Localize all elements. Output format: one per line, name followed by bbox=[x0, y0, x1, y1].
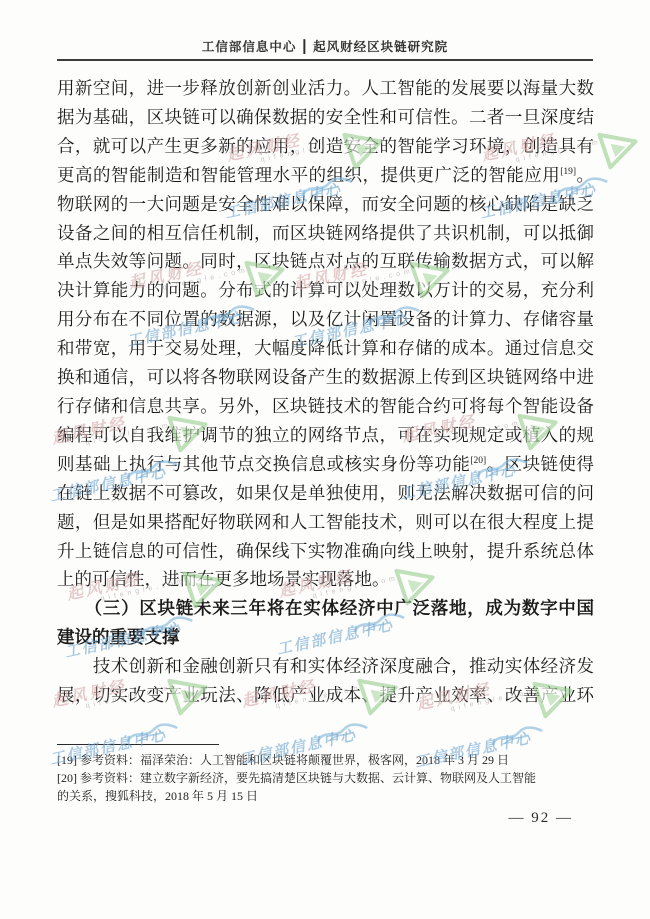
header-rule bbox=[57, 59, 593, 61]
document-page: 工信部信息中心 ┃ 起风财经区块链研究院 用新空间，进一步释放创新创业活力。人工… bbox=[0, 0, 650, 919]
footnote-ref: [20] bbox=[470, 456, 486, 466]
body-line: 行存储和信息共享。另外，区块链技术的智能合约可将每个智能设备 bbox=[57, 392, 594, 421]
body-line: 则基础上执行与其他节点交换信息或核实身份等功能[20]。区块链使得 bbox=[57, 450, 594, 479]
footnote-line: [20] 参考资料：建立数字新经济，要先搞清楚区块链与大数据、云计算、物联网及人… bbox=[57, 769, 594, 787]
footnote-separator bbox=[57, 744, 219, 745]
qifeng-triangle-logo-icon bbox=[592, 122, 647, 179]
body-line: 用分布在不同位置的数据源，以及亿计闲置设备的计算力、存储容量 bbox=[57, 305, 594, 334]
watermark-wave-icon bbox=[489, 721, 546, 753]
body-line: 单点失效等问题。同时，区块链点对点的互联传输数据方式，可以解 bbox=[57, 247, 594, 276]
body-line: 物联网的一大问题是安全性难以保障，而安全问题的核心缺陷是缺乏 bbox=[57, 190, 594, 219]
paragraph: 技术创新和金融创新只有和实体经济深度融合，推动实体经济发展，切实改变产业玩法、降… bbox=[57, 652, 594, 710]
paragraph-continuation: 用新空间，进一步释放创新创业活力。人工智能的发展要以海量大数据为基础，区块链可以… bbox=[57, 74, 594, 594]
body-line: 升上链信息的可信性，确保线下实物准确向线上映射，提升系统总体 bbox=[57, 537, 594, 566]
footnote-ref: [19] bbox=[560, 167, 576, 177]
body-line: 技术创新和金融创新只有和实体经济深度融合，推动实体经济发 bbox=[57, 652, 594, 681]
heading-line: （三）区块链未来三年将在实体经济中广泛落地，成为数字中国 bbox=[57, 594, 594, 623]
body-line: 换和通信，可以将各物联网设备产生的数据源上传到区块链网络中进 bbox=[57, 363, 594, 392]
body-line: 和带宽，用于交易处理，大幅度降低计算和存储的成本。通过信息交 bbox=[57, 334, 594, 363]
section-heading: （三）区块链未来三年将在实体经济中广泛落地，成为数字中国建设的重要支撑 bbox=[57, 594, 594, 652]
watermark-wave-icon bbox=[314, 718, 371, 750]
body-line: 在链上数据不可篡改，如果仅是单独使用，则无法解决数据可信的问 bbox=[57, 479, 594, 508]
watermark-wave-icon bbox=[124, 718, 181, 750]
body-line: 据为基础，区块链可以确保数据的安全性和可信性。二者一旦深度结 bbox=[57, 103, 594, 132]
body-line: 更高的智能制造和智能管理水平的组织，提供更广泛的智能应用[19]。 bbox=[57, 161, 594, 190]
page-header-title: 工信部信息中心 ┃ 起风财经区块链研究院 bbox=[0, 37, 650, 55]
footnote-line: [19] 参考资料：福泽荣治：人工智能和区块链将颠覆世界，极客网，2018 年 … bbox=[57, 751, 594, 769]
footnote-block: [19] 参考资料：福泽荣治：人工智能和区块链将颠覆世界，极客网，2018 年 … bbox=[57, 751, 594, 805]
footnote-line: 的关系，搜狐科技，2018 年 5 月 15 日 bbox=[57, 787, 594, 805]
body-line: 决计算能力的问题。分布式的计算可以处理数以万计的交易，充分利 bbox=[57, 276, 594, 305]
body-text-block: 用新空间，进一步释放创新创业活力。人工智能的发展要以海量大数据为基础，区块链可以… bbox=[57, 74, 594, 710]
heading-line: 建设的重要支撑 bbox=[57, 623, 594, 652]
body-line: 合，就可以产生更多新的应用，创造安全的智能学习环境，创造具有 bbox=[57, 132, 594, 161]
body-line: 题，但是如果搭配好物联网和人工智能技术，则可以在很大程度上提 bbox=[57, 508, 594, 537]
body-line: 用新空间，进一步释放创新创业活力。人工智能的发展要以海量大数 bbox=[57, 74, 594, 103]
page-number: — 92 — bbox=[509, 810, 574, 827]
body-line: 上的可信性，进而在更多地场景实现落地。 bbox=[57, 565, 594, 594]
body-line: 展，切实改变产业玩法、降低产业成本、提升产业效率、改善产业环 bbox=[57, 681, 594, 710]
body-line: 设备之间的相互信任机制，而区块链网络提供了共识机制，可以抵御 bbox=[57, 219, 594, 248]
body-line: 编程可以自我维护调节的独立的网络节点，可在实现规定或植入的规 bbox=[57, 421, 594, 450]
